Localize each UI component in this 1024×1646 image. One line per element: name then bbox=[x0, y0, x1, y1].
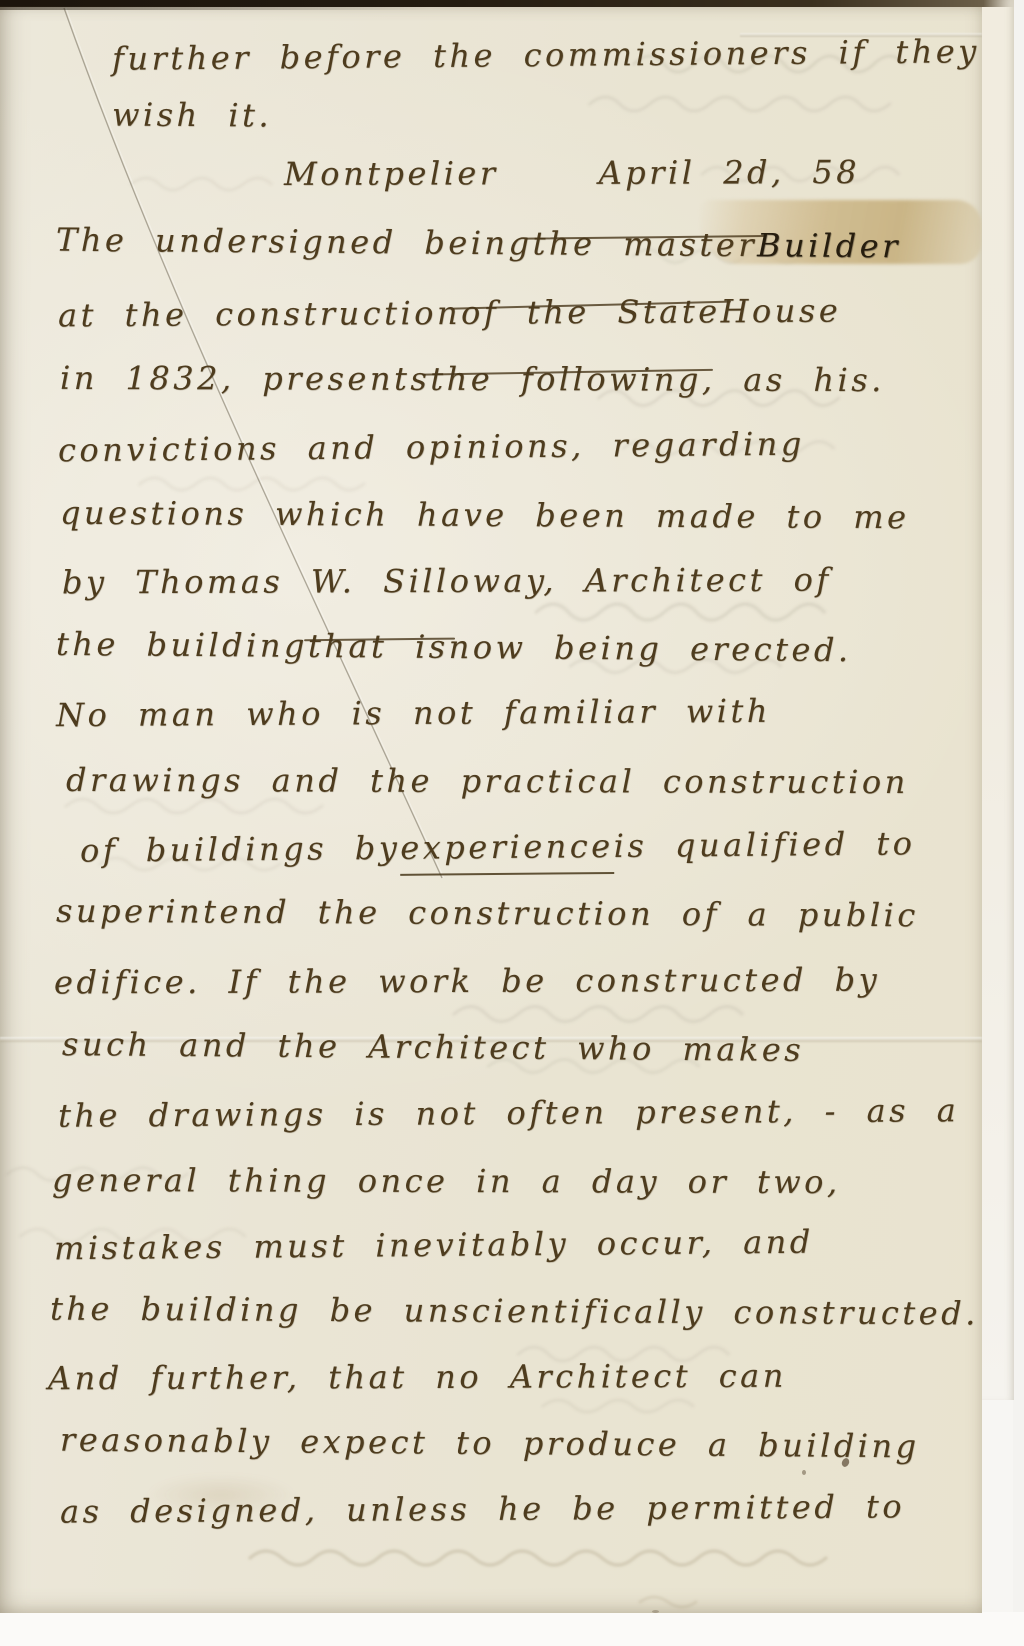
handwritten-text: of buildings by bbox=[80, 823, 401, 876]
crossbar-flourish-words: the following bbox=[430, 354, 702, 405]
scanner-background-right bbox=[1013, 0, 1024, 1646]
handwritten-text: questions which have been made to me bbox=[60, 488, 910, 542]
handwritten-text: now being erected. bbox=[448, 622, 851, 675]
handwritten-text: And further, that no Architect can bbox=[48, 1351, 787, 1404]
letter-line-20-body: the building be unscientifically constru… bbox=[50, 1284, 979, 1339]
letter-line-22-body: reasonably expect to produce a building bbox=[60, 1415, 920, 1472]
letter-line-2-carryover-note: wish it. bbox=[112, 90, 272, 141]
letter-page: further before the commissioners if they… bbox=[0, 6, 982, 1613]
handwritten-text: reasonably expect to produce a building bbox=[60, 1415, 920, 1472]
letter-line-16-body: such and the Architect who makes bbox=[62, 1019, 805, 1075]
letter-line-9-body: by Thomas W. Silloway, Architect of bbox=[62, 555, 832, 608]
letter-line-5-body: at the construction of the State House bbox=[58, 286, 842, 341]
handwritten-text: edifice. If the work be constructed by bbox=[54, 955, 880, 1008]
ink-speck bbox=[802, 1470, 806, 1475]
letter-line-19-body: mistakes must inevitably occur, and bbox=[54, 1217, 814, 1274]
letter-line-15-body: edifice. If the work be constructed by bbox=[54, 955, 880, 1008]
handwritten-text: April 2d, 58 bbox=[599, 147, 861, 198]
handwritten-text: general thing once in a day or two, bbox=[52, 1155, 841, 1207]
handwritten-text: No man who is not familiar with bbox=[56, 686, 771, 740]
handwritten-text: further before the commissioners if they bbox=[112, 26, 980, 84]
handwritten-text: superintend the construction of a public bbox=[56, 886, 919, 941]
handwritten-text: The undersigned being bbox=[56, 215, 533, 269]
handwritten-text: the building bbox=[56, 619, 308, 671]
letter-line-13-body: of buildings by experience is qualified … bbox=[80, 818, 916, 878]
handwritten-text: the drawings is not often present, - as … bbox=[58, 1085, 960, 1141]
adjacent-page-edge bbox=[981, 0, 1014, 1400]
letter-line-7-body: convictions and opinions, regarding bbox=[58, 419, 805, 476]
scanned-letter-screenshot: { "page": { "kind": "handwritten letter,… bbox=[0, 0, 1024, 1646]
letter-line-11-body: No man who is not familiar with bbox=[56, 686, 771, 740]
handwritten-text: as designed, unless he be permitted to bbox=[60, 1481, 905, 1536]
handwritten-text: House bbox=[720, 286, 841, 337]
letter-line-23-body: as designed, unless he be permitted to bbox=[60, 1481, 905, 1536]
underlined-word: experience bbox=[400, 821, 614, 876]
letter-line-17-body: the drawings is not often present, - as … bbox=[58, 1085, 960, 1141]
scanner-background-bottom bbox=[0, 1612, 1024, 1646]
letter-line-8-body: questions which have been made to me bbox=[60, 488, 910, 542]
letter-line-4-body: The undersigned being the master Builder bbox=[56, 215, 901, 272]
letter-line-6-body: in 1832, presents the following, as his. bbox=[60, 353, 885, 405]
handwritten-text: at the construction bbox=[58, 288, 461, 340]
letter-line-10-body: the building that is now being erected. bbox=[56, 619, 852, 675]
letter-line-12-body: drawings and the practical construction bbox=[66, 755, 909, 807]
handwritten-text: drawings and the practical construction bbox=[66, 755, 909, 807]
handwritten-text: convictions and opinions, regarding bbox=[58, 419, 805, 476]
handwritten-text: such and the Architect who makes bbox=[62, 1019, 805, 1075]
handwritten-text: Builder bbox=[757, 220, 901, 271]
crossbar-flourish-words: of the State bbox=[461, 286, 721, 338]
ink-speck bbox=[652, 1610, 659, 1613]
letter-line-18-body: general thing once in a day or two, bbox=[52, 1155, 841, 1207]
crossbar-flourish-words: the master bbox=[532, 218, 757, 270]
handwritten-text: mistakes must inevitably occur, and bbox=[54, 1217, 814, 1274]
letter-line-1-carryover-note: further before the commissioners if they bbox=[112, 26, 980, 84]
handwritten-text: wish it. bbox=[112, 90, 272, 141]
crossbar-flourish-words: that is bbox=[308, 621, 449, 672]
handwritten-text: Montpelier bbox=[284, 148, 499, 199]
handwritten-text: , as his. bbox=[702, 355, 885, 405]
handwritten-text: is qualified to bbox=[613, 818, 915, 871]
page-top-edge-shadow-left bbox=[0, 6, 430, 10]
letter-line-14-body: superintend the construction of a public bbox=[56, 886, 919, 941]
handwritten-text: in 1832, presents bbox=[60, 353, 430, 404]
letter-line-21-body: And further, that no Architect can bbox=[48, 1351, 787, 1404]
letter-line-3-dateline: MontpelierApril 2d, 58 bbox=[284, 147, 860, 199]
handwritten-text: by Thomas W. Silloway, Architect of bbox=[62, 555, 832, 608]
handwritten-text: the building be unscientifically constru… bbox=[50, 1284, 979, 1339]
